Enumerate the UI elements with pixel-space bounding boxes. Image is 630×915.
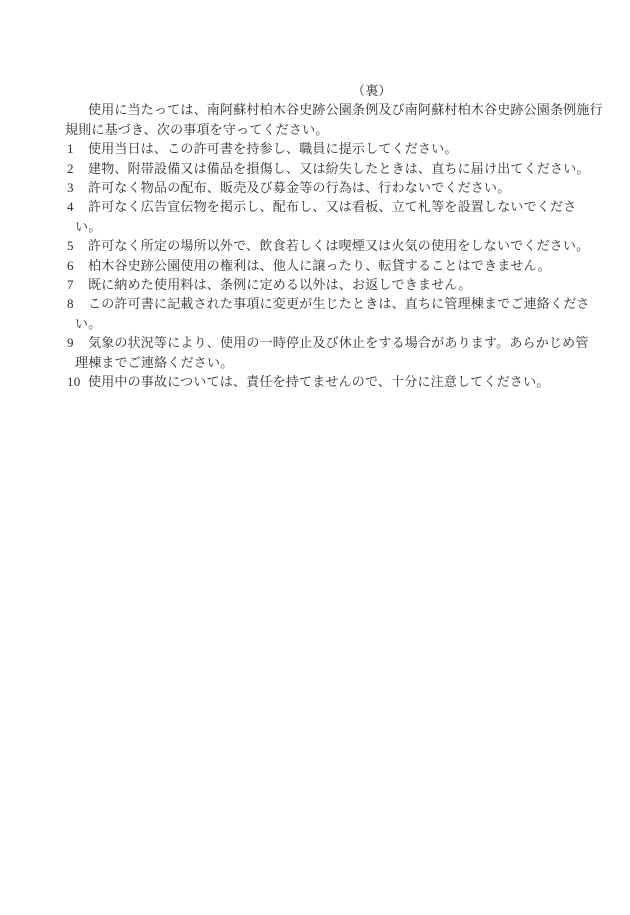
rule-item: 1 使用当日は、この許可書を持参し、職員に提示してください。 <box>65 139 597 158</box>
rule-text-line: 使用中の事故については、責任を持てませんので、十分に注意してください。 <box>88 372 597 391</box>
rule-item: 6 柏木谷史跡公園使用の権利は、他人に譲ったり、転貸することはできません。 <box>65 256 597 275</box>
rule-number: 1 <box>67 139 74 158</box>
rule-item: 7 既に納めた使用料は、条例に定める以外は、お返しできません。 <box>65 275 597 294</box>
rule-item: 9 気象の状況等により、使用の一時停止及び休止をする場合があります。あらかじめ管… <box>65 333 597 372</box>
rule-text-line: 既に納めた使用料は、条例に定める以外は、お返しできません。 <box>88 275 597 294</box>
rule-text-line: この許可書に記載された事項に変更が生じたときは、直ちに管理棟までご連絡くださ <box>88 294 597 313</box>
rule-number: 6 <box>67 256 74 275</box>
permit-back-page: （裏） 使用に当たっては、南阿蘇村柏木谷史跡公園条例及び南阿蘇村柏木谷史跡公園条… <box>0 0 630 915</box>
rule-number: 2 <box>67 159 74 178</box>
rule-item: 5 許可なく所定の場所以外で、飲食若しくは喫煙又は火気の使用をしないでください。 <box>65 236 597 255</box>
rule-text-line: 柏木谷史跡公園使用の権利は、他人に譲ったり、転貸することはできません。 <box>88 256 597 275</box>
rule-text-line: 気象の状況等により、使用の一時停止及び休止をする場合があります。あらかじめ管 <box>88 333 597 352</box>
rule-text-line: 理棟までご連絡ください。 <box>75 353 597 372</box>
rule-number: 3 <box>67 178 74 197</box>
rule-text-line: 許可なく所定の場所以外で、飲食若しくは喫煙又は火気の使用をしないでください。 <box>88 236 597 255</box>
rule-number: 8 <box>67 294 74 313</box>
side-label: （裏） <box>65 81 597 100</box>
rule-item: 4 許可なく広告宣伝物を掲示し、配布し、又は看板、立て札等を設置しないでくださ … <box>65 197 597 236</box>
intro-line: 使用に当たっては、南阿蘇村柏木谷史跡公園条例及び南阿蘇村柏木谷史跡公園条例施行 <box>65 100 597 119</box>
rule-number: 7 <box>67 275 74 294</box>
rule-text-line: 建物、附帯設備又は備品を損傷し、又は紛失したときは、直ちに届け出てください。 <box>88 159 597 178</box>
document-text-block: （裏） 使用に当たっては、南阿蘇村柏木谷史跡公園条例及び南阿蘇村柏木谷史跡公園条… <box>65 81 597 392</box>
rule-number: 10 <box>67 372 80 391</box>
rule-item: 2 建物、附帯設備又は備品を損傷し、又は紛失したときは、直ちに届け出てください。 <box>65 159 597 178</box>
intro-paragraph: 使用に当たっては、南阿蘇村柏木谷史跡公園条例及び南阿蘇村柏木谷史跡公園条例施行 … <box>65 100 597 139</box>
rule-item: 8 この許可書に記載された事項に変更が生じたときは、直ちに管理棟までご連絡くださ… <box>65 294 597 333</box>
intro-line: 規則に基づき、次の事項を守ってください。 <box>65 120 597 139</box>
rule-item: 3 許可なく物品の配布、販売及び募金等の行為は、行わないでください。 <box>65 178 597 197</box>
rule-text-line: 使用当日は、この許可書を持参し、職員に提示してください。 <box>88 139 597 158</box>
rule-text-line: い。 <box>75 217 597 236</box>
rule-text-line: 許可なく広告宣伝物を掲示し、配布し、又は看板、立て札等を設置しないでくださ <box>88 197 597 216</box>
rule-number: 9 <box>67 333 74 352</box>
rule-text-line: 許可なく物品の配布、販売及び募金等の行為は、行わないでください。 <box>88 178 597 197</box>
rule-item: 10 使用中の事故については、責任を持てませんので、十分に注意してください。 <box>65 372 597 391</box>
rule-number: 4 <box>67 197 74 216</box>
rule-text-line: い。 <box>75 314 597 333</box>
rule-number: 5 <box>67 236 74 255</box>
